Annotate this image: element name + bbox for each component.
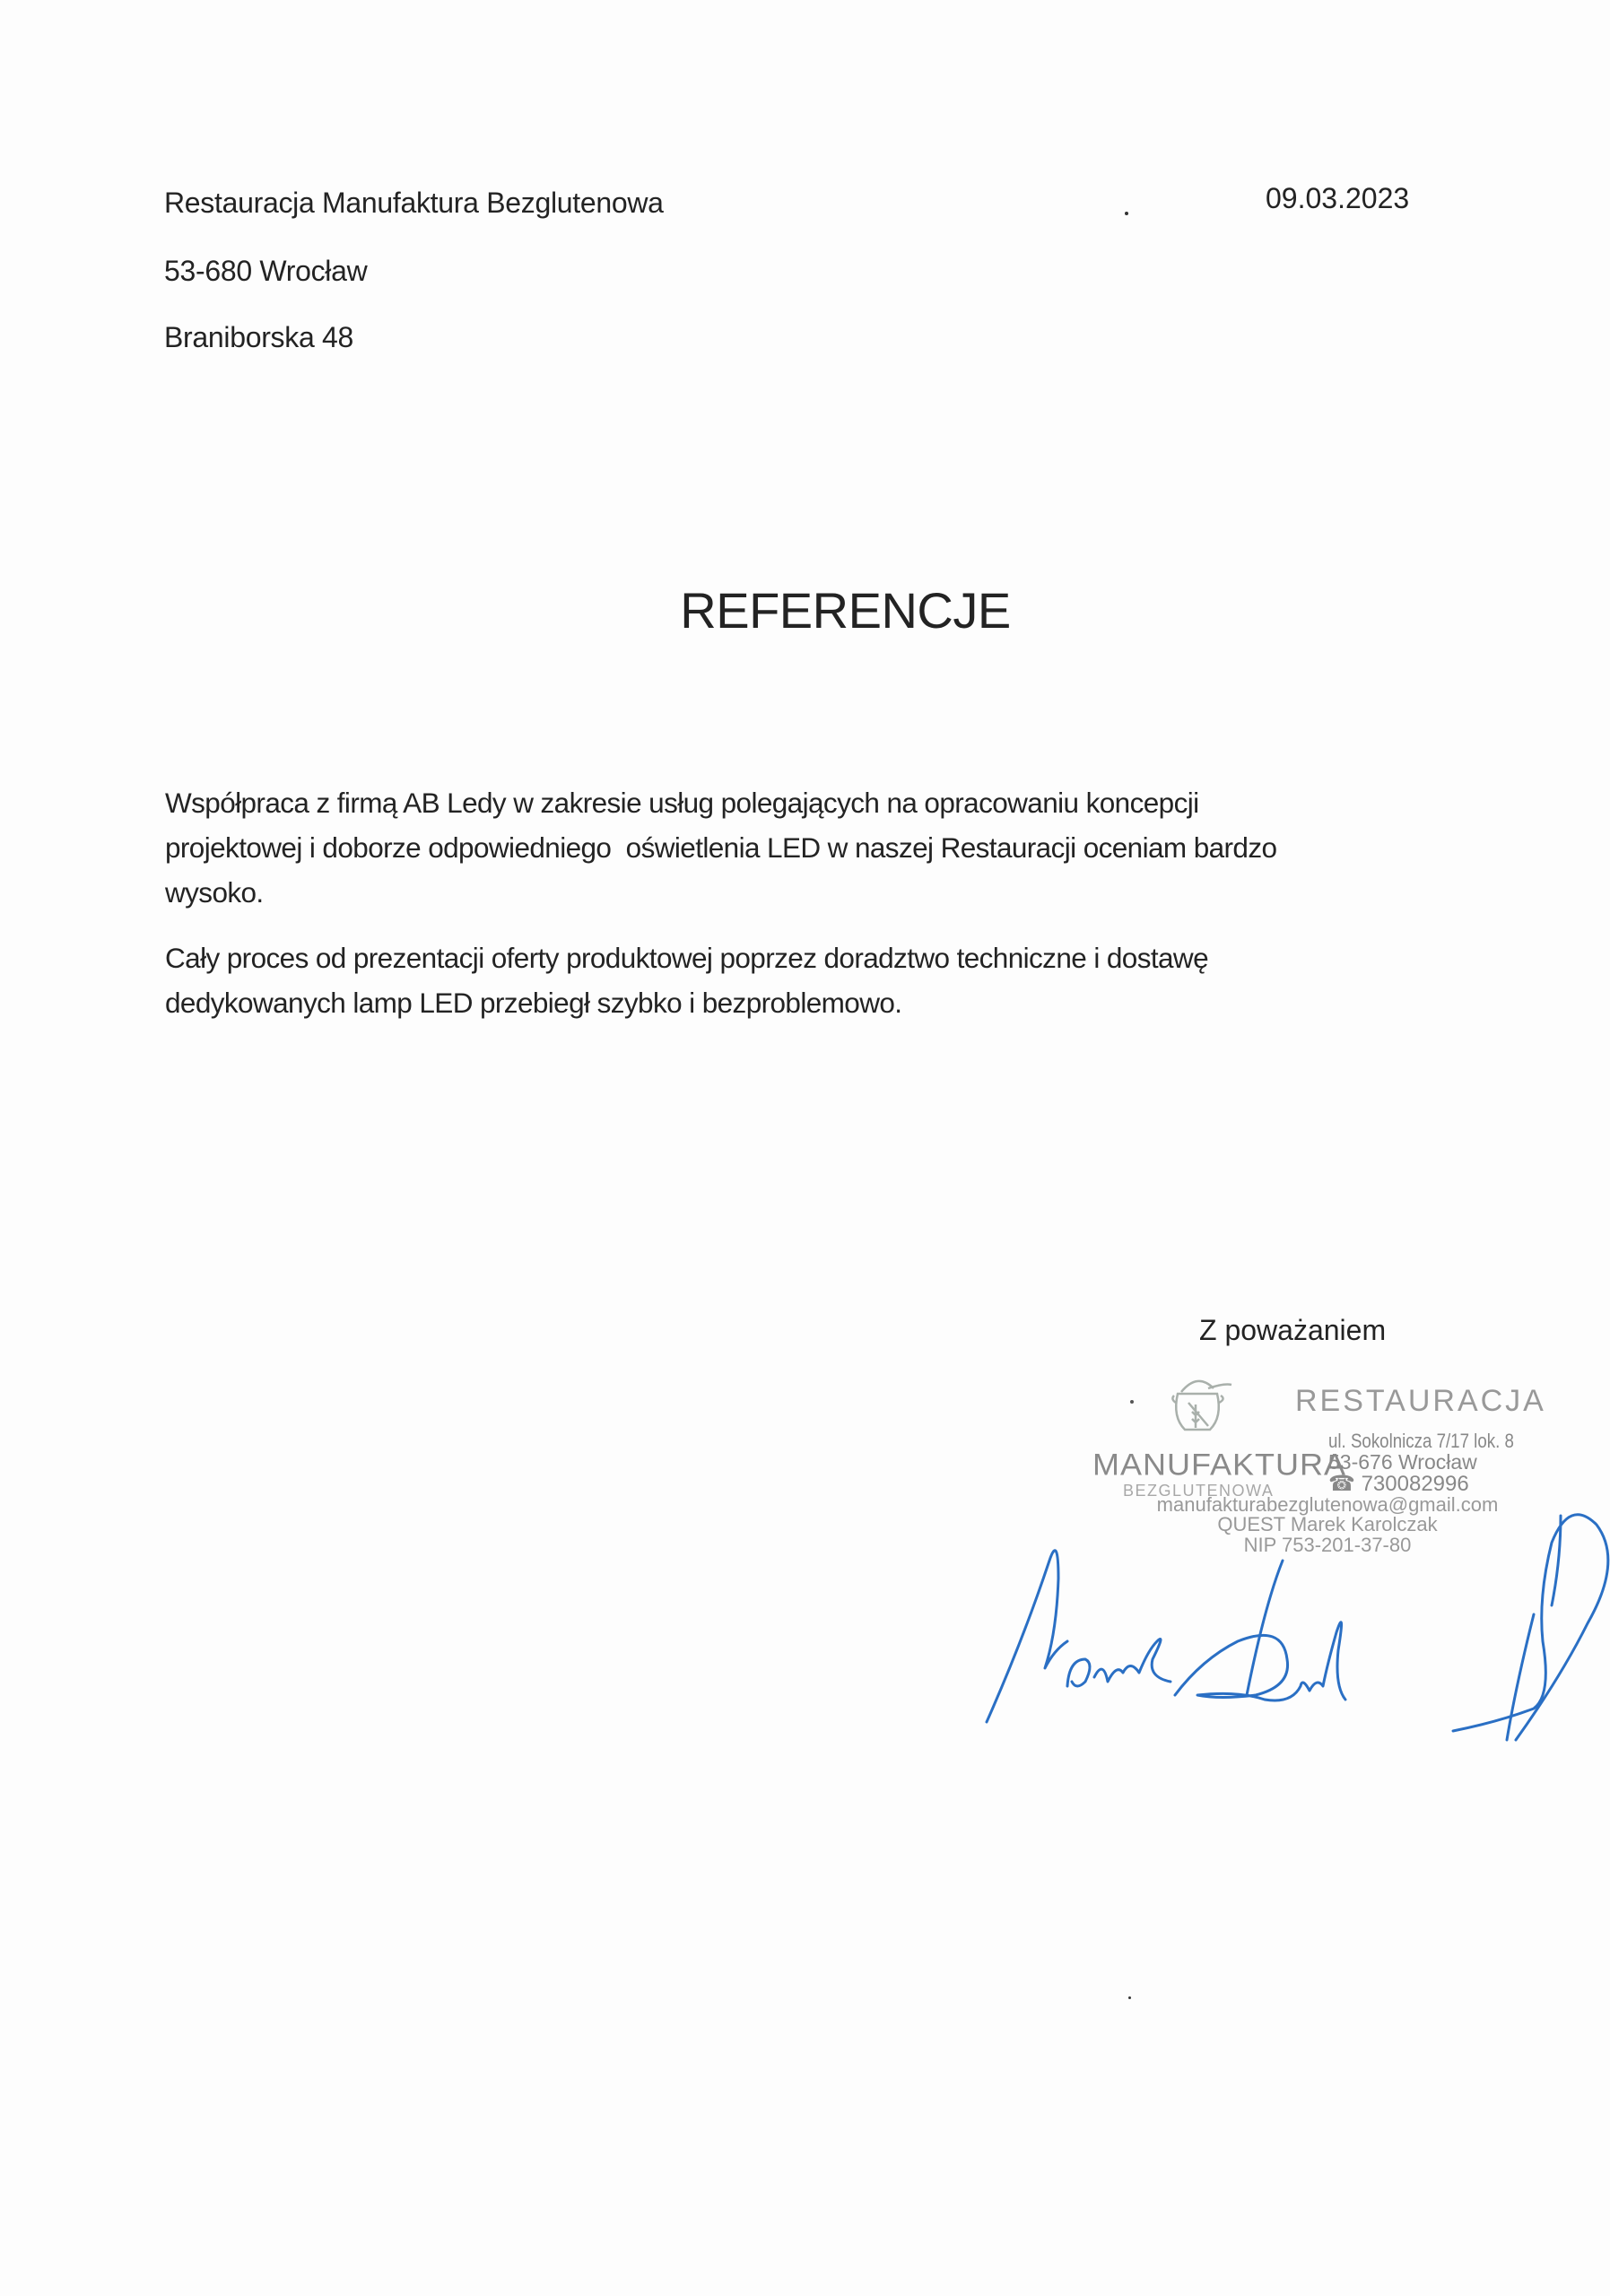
scan-speck: [1130, 1400, 1134, 1404]
paragraph-line: wysoko.: [165, 870, 1448, 915]
pot-logo-icon: [1162, 1372, 1242, 1435]
stamp-phone: 730082996: [1362, 1472, 1469, 1496]
paragraph-line: projektowej i doborze odpowiedniego oświ…: [165, 825, 1448, 870]
handwritten-signature: [969, 1507, 1610, 1776]
paragraph-line: dedykowanych lamp LED przebiegł szybko i…: [165, 980, 1448, 1025]
paragraph-line: Cały proces od prezentacji oferty produk…: [165, 935, 1448, 980]
paragraph-line: Współpraca z firmą AB Ledy w zakresie us…: [165, 780, 1448, 825]
body-paragraph-2: Cały proces od prezentacji oferty produk…: [165, 935, 1448, 1025]
stamp-heading: RESTAURACJA: [1295, 1384, 1546, 1419]
sender-street: Braniborska 48: [164, 321, 353, 354]
document-date: 09.03.2023: [1266, 182, 1409, 215]
sender-city: 53-680 Wrocław: [164, 255, 367, 288]
body-paragraph-1: Współpraca z firmą AB Ledy w zakresie us…: [165, 780, 1448, 915]
phone-icon: ☎: [1328, 1472, 1355, 1496]
stamp-brand: MANUFAKTURA: [1092, 1447, 1346, 1483]
scan-speck: [1125, 212, 1128, 215]
sender-name: Restauracja Manufaktura Bezglutenowa: [164, 187, 664, 220]
closing-salutation: Z poważaniem: [1199, 1314, 1386, 1347]
scan-speck: [1128, 1996, 1131, 1999]
document-title: REFERENCJE: [0, 581, 1610, 639]
